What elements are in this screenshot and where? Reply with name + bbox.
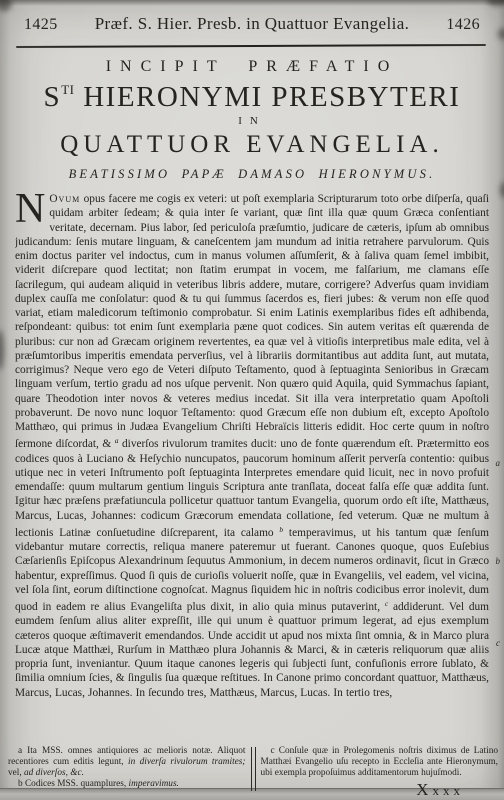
margin-note-a: a [496, 458, 501, 468]
running-title: Præf. S. Hier. Presb. in Quattuor Evange… [58, 14, 447, 34]
page-number-left: 1425 [24, 16, 58, 34]
scan-smudge-right-2 [500, 182, 504, 198]
footnote-a: a Ita MSS. omnes antiquiores ac melioris… [8, 746, 246, 779]
title-incipit: INCIPIT PRÆFATIO [0, 58, 504, 76]
title-author-rest: HIERONYMI PRESBYTERI [74, 81, 460, 113]
margin-note-b: b [496, 556, 501, 566]
margin-note-c: c [496, 638, 500, 648]
footnotes-section: a Ita MSS. omnes antiquiores ac melioris… [8, 746, 498, 797]
scan-smudge-top-left [0, 0, 12, 11]
signature-mark: Xxxx [261, 785, 465, 797]
title-quattuor-evangelia: QUATTUOR EVANGELIA. [0, 131, 504, 159]
scan-smudge-right-1 [498, 28, 504, 40]
footnote-column-left: a Ita MSS. omnes antiquiores ac melioris… [8, 746, 251, 797]
preface-body-text: NOvum opus facere me cogis ex veteri: ut… [15, 192, 489, 740]
body-paragraph: Ovum opus facere me cogis ex veteri: ut … [15, 193, 489, 699]
header-rule [16, 44, 486, 48]
title-in: IN [0, 115, 504, 127]
footnote-b: b Codices MSS. quamplures, imperavimus. [8, 779, 246, 790]
title-author-initial: S [44, 81, 62, 113]
dedication-line: BEATISSIMO PAPÆ DAMASO HIERONYMUS. [0, 167, 504, 182]
running-header: 1425 Præf. S. Hier. Presb. in Quattuor E… [24, 14, 480, 40]
scan-smudge-left-1 [0, 330, 4, 370]
title-block: INCIPIT PRÆFATIO STI HIERONYMI PRESBYTER… [0, 58, 504, 182]
footnote-c: c Conſule quæ in Prolegomenis noſtris di… [261, 746, 499, 779]
title-author: STI HIERONYMI PRESBYTERI [0, 81, 504, 114]
page-number-right: 1426 [446, 16, 480, 34]
title-author-superscript: TI [61, 82, 74, 97]
footnote-column-right: c Conſule quæ in Prolegomenis noſtris di… [256, 746, 499, 797]
scan-edge-top [0, 0, 504, 6]
dropcap-initial: N [15, 192, 49, 224]
scanned-book-page: 1425 Præf. S. Hier. Presb. in Quattuor E… [0, 0, 504, 800]
